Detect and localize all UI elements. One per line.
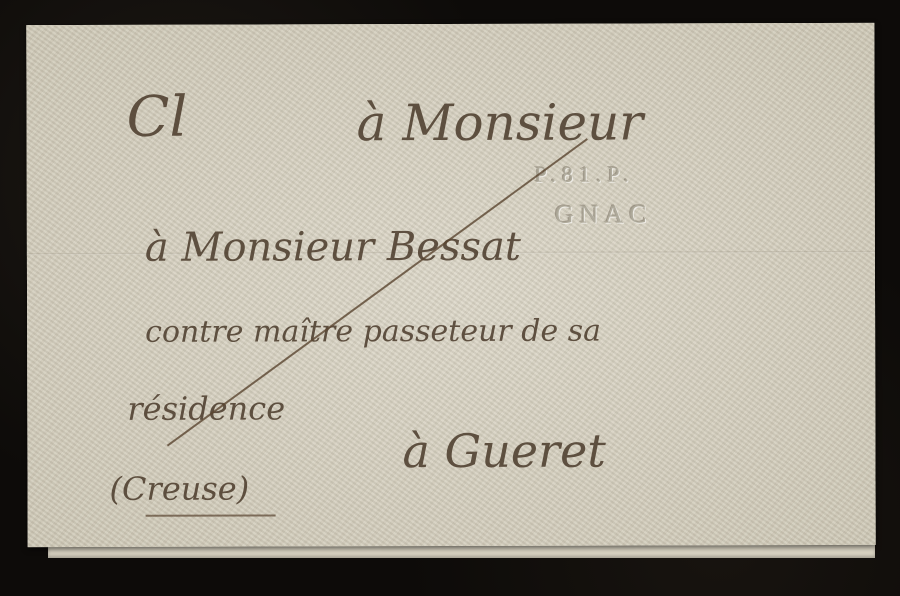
- corner-mark: Cl: [126, 85, 187, 150]
- destination-line: à Gueret: [402, 424, 605, 479]
- postmark-line-2: GNAC: [555, 199, 653, 229]
- diagonal-pen-stroke: [167, 138, 588, 446]
- photo-scene: P.81.P. GNAC Cl à Monsieur à Monsieur Be…: [0, 0, 900, 596]
- residence-line: résidence: [127, 389, 285, 427]
- occupation-line: contre maître passeteur de sa: [145, 314, 601, 350]
- addressee-name: à Monsieur Bessat: [145, 224, 521, 271]
- greeting-line: à Monsieur: [357, 93, 644, 152]
- department-line: (Creuse): [109, 470, 249, 508]
- department-underline: [146, 514, 276, 516]
- folded-letter: P.81.P. GNAC Cl à Monsieur à Monsieur Be…: [26, 23, 875, 547]
